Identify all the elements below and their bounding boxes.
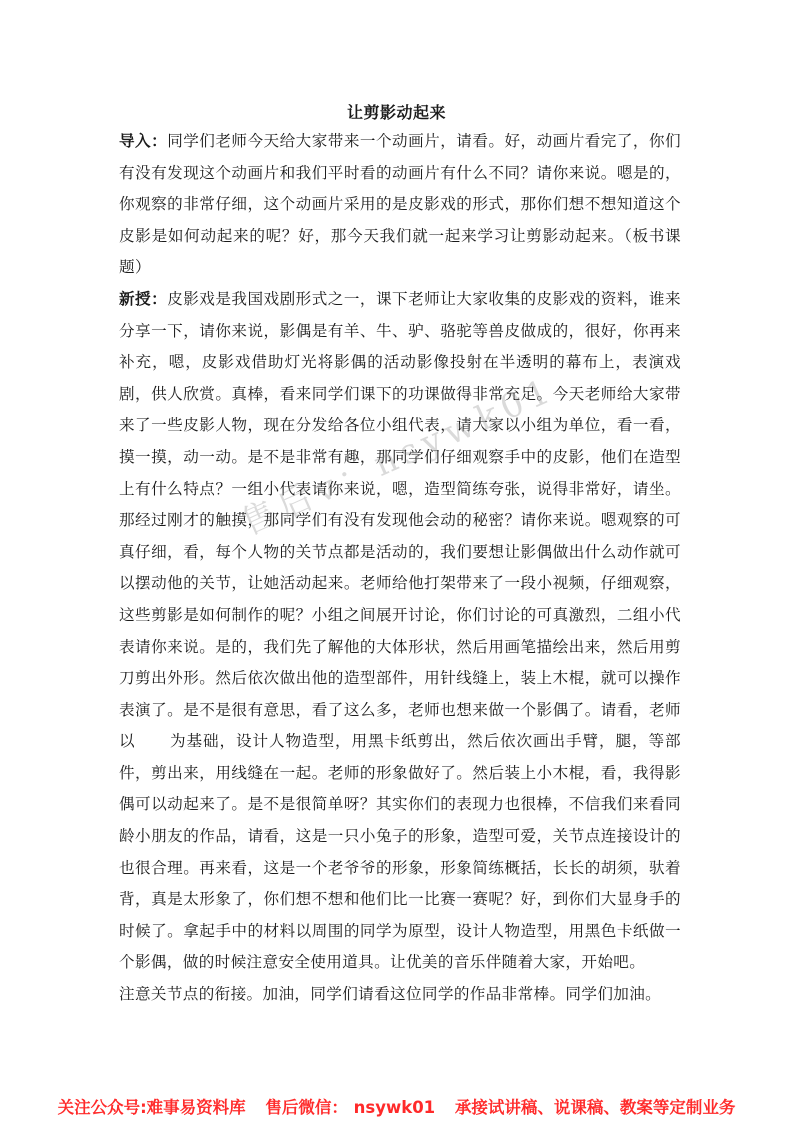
promo-footer: 关注公众号:难事易资料库 售后微信： nsywk01 承接试讲稿、说课稿、教案等…: [0, 1094, 793, 1118]
intro-paragraph: 导入：同学们老师今天给大家带来一个动画片，请看。好，动画片看完了，你们有没有发现…: [119, 126, 681, 284]
new-lesson-text-part1: 皮影戏是我国戏剧形式之一，课下老师让大家收集的皮影戏的资料，谁来分享一下，请你来…: [119, 290, 681, 750]
new-lesson-paragraph: 新授：皮影戏是我国戏剧形式之一，课下老师让大家收集的皮影戏的资料，谁来分享一下，…: [119, 284, 681, 979]
footer-wechat: 售后微信： nsywk01: [265, 1098, 435, 1117]
intro-text: 同学们老师今天给大家带来一个动画片，请看。好，动画片看完了，你们有没有发现这个动…: [119, 132, 681, 276]
document-title: 让剪影动起来: [0, 100, 793, 123]
new-lesson-text-part2: 为基础，设计人物造型，用黑卡纸剪出，然后依次画出手臂，腿，等部件，剪出来，用线缝…: [119, 732, 681, 971]
intro-label: 导入：: [119, 132, 167, 150]
footer-official-account: 关注公众号:难事易资料库: [58, 1098, 246, 1117]
document-body: 导入：同学们老师今天给大家带来一个动画片，请看。好，动画片看完了，你们有没有发现…: [119, 126, 681, 1011]
closing-text: 注意关节点的衔接。加油，同学们请看这位同学的作品非常棒。同学们加油。: [119, 985, 661, 1003]
footer-services: 承接试讲稿、说课稿、教案等定制业务: [455, 1098, 736, 1117]
new-lesson-label: 新授：: [119, 290, 167, 308]
document-page: 让剪影动起来 导入：同学们老师今天给大家带来一个动画片，请看。好，动画片看完了，…: [0, 0, 793, 1122]
closing-paragraph: 注意关节点的衔接。加油，同学们请看这位同学的作品非常棒。同学们加油。: [119, 979, 681, 1011]
